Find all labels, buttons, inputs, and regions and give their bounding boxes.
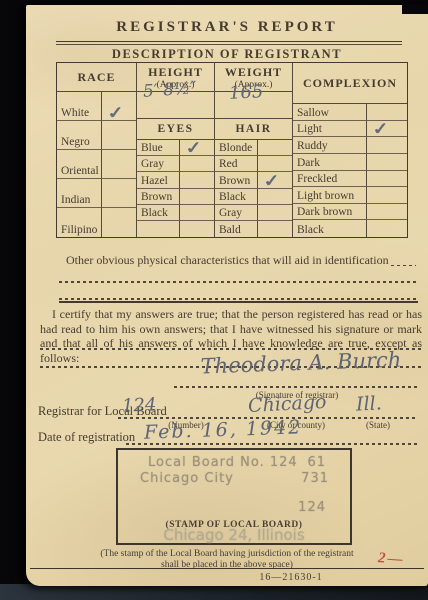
hair-options: Blonde Red Brown ✓ Black Gray (215, 140, 292, 237)
board-number-handwritten: 124 (122, 394, 157, 416)
dotted-fill-line (391, 265, 416, 267)
race-option-label: Oriental (57, 150, 101, 179)
race-check-cell (101, 179, 136, 208)
eyes-option-label: Gray (137, 156, 179, 172)
weight-value-cell: 165 (215, 92, 292, 119)
eyes-option-empty (137, 221, 214, 237)
bottom-rule (30, 568, 424, 569)
eyes-option-label: Brown (137, 189, 179, 205)
complexion-option-label: Sallow (293, 104, 366, 121)
hair-check-cell (257, 221, 292, 237)
race-options: White ✓ Negro Oriental Indian Filipino (57, 92, 136, 237)
eyes-option-label: Blue (137, 140, 179, 156)
race-option-label: Negro (57, 121, 101, 150)
state-caption: (State) (348, 420, 408, 430)
height-handwritten-value: 5′ 8½″ (142, 78, 197, 102)
faint-stamp-city: Chicago 24, Illinois (118, 526, 350, 544)
weight-handwritten-value: 165 (228, 81, 263, 104)
title-divider-top (56, 41, 402, 42)
weight-header-label: WEIGHT (225, 65, 282, 80)
hair-option-label: Black (215, 189, 257, 205)
height-eyes-column: HEIGHT (Approx.) 5′ 8½″ EYES Blue ✓ Gray… (137, 63, 215, 237)
hair-option-bald: Bald (215, 221, 292, 237)
race-check-cell (101, 150, 136, 179)
race-header: RACE (57, 63, 136, 92)
eyes-check-cell (179, 156, 214, 172)
complexion-option-dark-brown: Dark brown (293, 204, 407, 221)
complexion-option-label: Dark brown (293, 204, 366, 221)
complexion-option-black: Black (293, 220, 407, 237)
complexion-column: COMPLEXION Sallow Light ✓ Ruddy Dark (293, 63, 407, 237)
hair-option-label: Blonde (215, 140, 257, 156)
eyes-options: Blue ✓ Gray Hazel Brown Black (137, 140, 214, 237)
race-option-negro: Negro (57, 121, 136, 150)
date-of-registration-label: Date of registration (38, 430, 135, 445)
race-option-oriental: Oriental (57, 150, 136, 179)
stamp-city-line: Chicago City (140, 471, 234, 486)
description-table: RACE White ✓ Negro Oriental Indian (56, 62, 408, 238)
hair-option-label: Red (215, 156, 257, 172)
hair-option-label: Bald (215, 221, 257, 237)
complexion-option-light-brown: Light brown (293, 187, 407, 204)
local-board-stamp-box: Local Board No. 124 61 Chicago City 731 … (116, 448, 352, 545)
complexion-header: COMPLEXION (293, 63, 407, 104)
hair-option-red: Red (215, 156, 292, 172)
eyes-option-hazel: Hazel (137, 172, 214, 188)
blank-dashed-line (59, 281, 418, 283)
registration-date-handwritten: Feb. 16, 1942 (144, 416, 303, 444)
signature-underline (174, 386, 420, 388)
complexion-option-ruddy: Ruddy (293, 137, 407, 154)
stamp-number-731: 731 (301, 471, 329, 486)
eyes-check-cell: ✓ (179, 140, 214, 156)
race-option-label: Indian (57, 179, 101, 208)
identification-row: Other obvious physical characteristics t… (66, 253, 418, 268)
hair-check-cell (257, 140, 292, 156)
race-option-filipino: Filipino (57, 208, 136, 237)
eyes-option-label: Hazel (137, 172, 179, 188)
hair-header: HAIR (215, 119, 292, 140)
identification-label: Other obvious physical characteristics t… (66, 253, 389, 268)
complexion-option-dark: Dark (293, 154, 407, 171)
complexion-check-cell (366, 171, 407, 188)
hair-option-label: Gray (215, 205, 257, 221)
registrar-report-card: REGISTRAR'S REPORT DESCRIPTION OF REGIST… (26, 5, 428, 586)
eyes-option-label (137, 221, 179, 237)
hair-option-label: Brown (215, 172, 257, 188)
hair-check-cell (257, 189, 292, 205)
stamp-board-line: Local Board No. 124 (148, 455, 298, 470)
complexion-option-label: Black (293, 220, 366, 237)
race-check-cell (101, 121, 136, 150)
hair-check-cell (257, 205, 292, 221)
eyes-check-cell (179, 172, 214, 188)
race-column: RACE White ✓ Negro Oriental Indian (57, 63, 137, 237)
complexion-check-cell: ✓ (366, 121, 407, 138)
section-heading: DESCRIPTION OF REGISTRANT (26, 47, 428, 62)
state-handwritten: Ill. (355, 392, 382, 415)
height-value-cell: 5′ 8½″ (137, 92, 214, 119)
complexion-option-label: Freckled (293, 171, 366, 188)
eyes-check-cell (179, 205, 214, 221)
hair-option-brown: Brown ✓ (215, 172, 292, 188)
complexion-option-label: Ruddy (293, 137, 366, 154)
city-handwritten: Chicago (247, 391, 326, 417)
eyes-option-label: Black (137, 205, 179, 221)
complexion-option-light: Light ✓ (293, 121, 407, 138)
title-divider-bottom (56, 44, 402, 45)
weight-hair-column: WEIGHT (Approx.) 165 HAIR Blonde Red Bro… (215, 63, 293, 237)
complexion-check-cell (366, 137, 407, 154)
race-option-white: White ✓ (57, 92, 136, 121)
complexion-option-label: Light brown (293, 187, 366, 204)
hair-option-blonde: Blonde (215, 140, 292, 156)
complexion-option-sallow: Sallow (293, 104, 407, 121)
form-number: 16—21630-1 (236, 572, 346, 583)
hair-check-cell: ✓ (257, 172, 292, 188)
complexion-option-label: Light (293, 121, 366, 138)
race-option-label: Filipino (57, 208, 101, 237)
complexion-option-freckled: Freckled (293, 171, 407, 188)
complexion-options: Sallow Light ✓ Ruddy Dark Freckled (293, 104, 407, 237)
red-pencil-annotation: 2— (377, 550, 405, 569)
eyes-check-cell (179, 221, 214, 237)
scan-corner-notch (402, 5, 428, 14)
race-check-cell (101, 208, 136, 237)
race-option-label: White (57, 92, 101, 121)
eyes-check-cell (179, 189, 214, 205)
hair-option-gray: Gray (215, 205, 292, 221)
section-divider (59, 301, 418, 303)
complexion-check-cell (366, 220, 407, 237)
eyes-option-gray: Gray (137, 156, 214, 172)
stamp-number-61: 61 (307, 455, 326, 470)
scan-background-strip (0, 584, 428, 600)
eyes-option-black: Black (137, 205, 214, 221)
complexion-check-cell (366, 204, 407, 221)
eyes-header: EYES (137, 119, 214, 140)
stamp-note-line2: shall be placed in the above space) (26, 560, 428, 571)
hair-option-black: Black (215, 189, 292, 205)
stamp-number-124: 124 (298, 500, 326, 515)
form-title: REGISTRAR'S REPORT (26, 19, 428, 36)
date-underline (126, 443, 418, 445)
eyes-option-brown: Brown (137, 189, 214, 205)
race-option-indian: Indian (57, 179, 136, 208)
complexion-check-cell (366, 154, 407, 171)
complexion-check-cell (366, 187, 407, 204)
blank-dashed-line (59, 298, 418, 300)
stamp-note-line1: (The stamp of the Local Board having jur… (26, 549, 428, 560)
eyes-option-blue: Blue ✓ (137, 140, 214, 156)
complexion-option-label: Dark (293, 154, 366, 171)
race-check-cell: ✓ (101, 92, 136, 121)
